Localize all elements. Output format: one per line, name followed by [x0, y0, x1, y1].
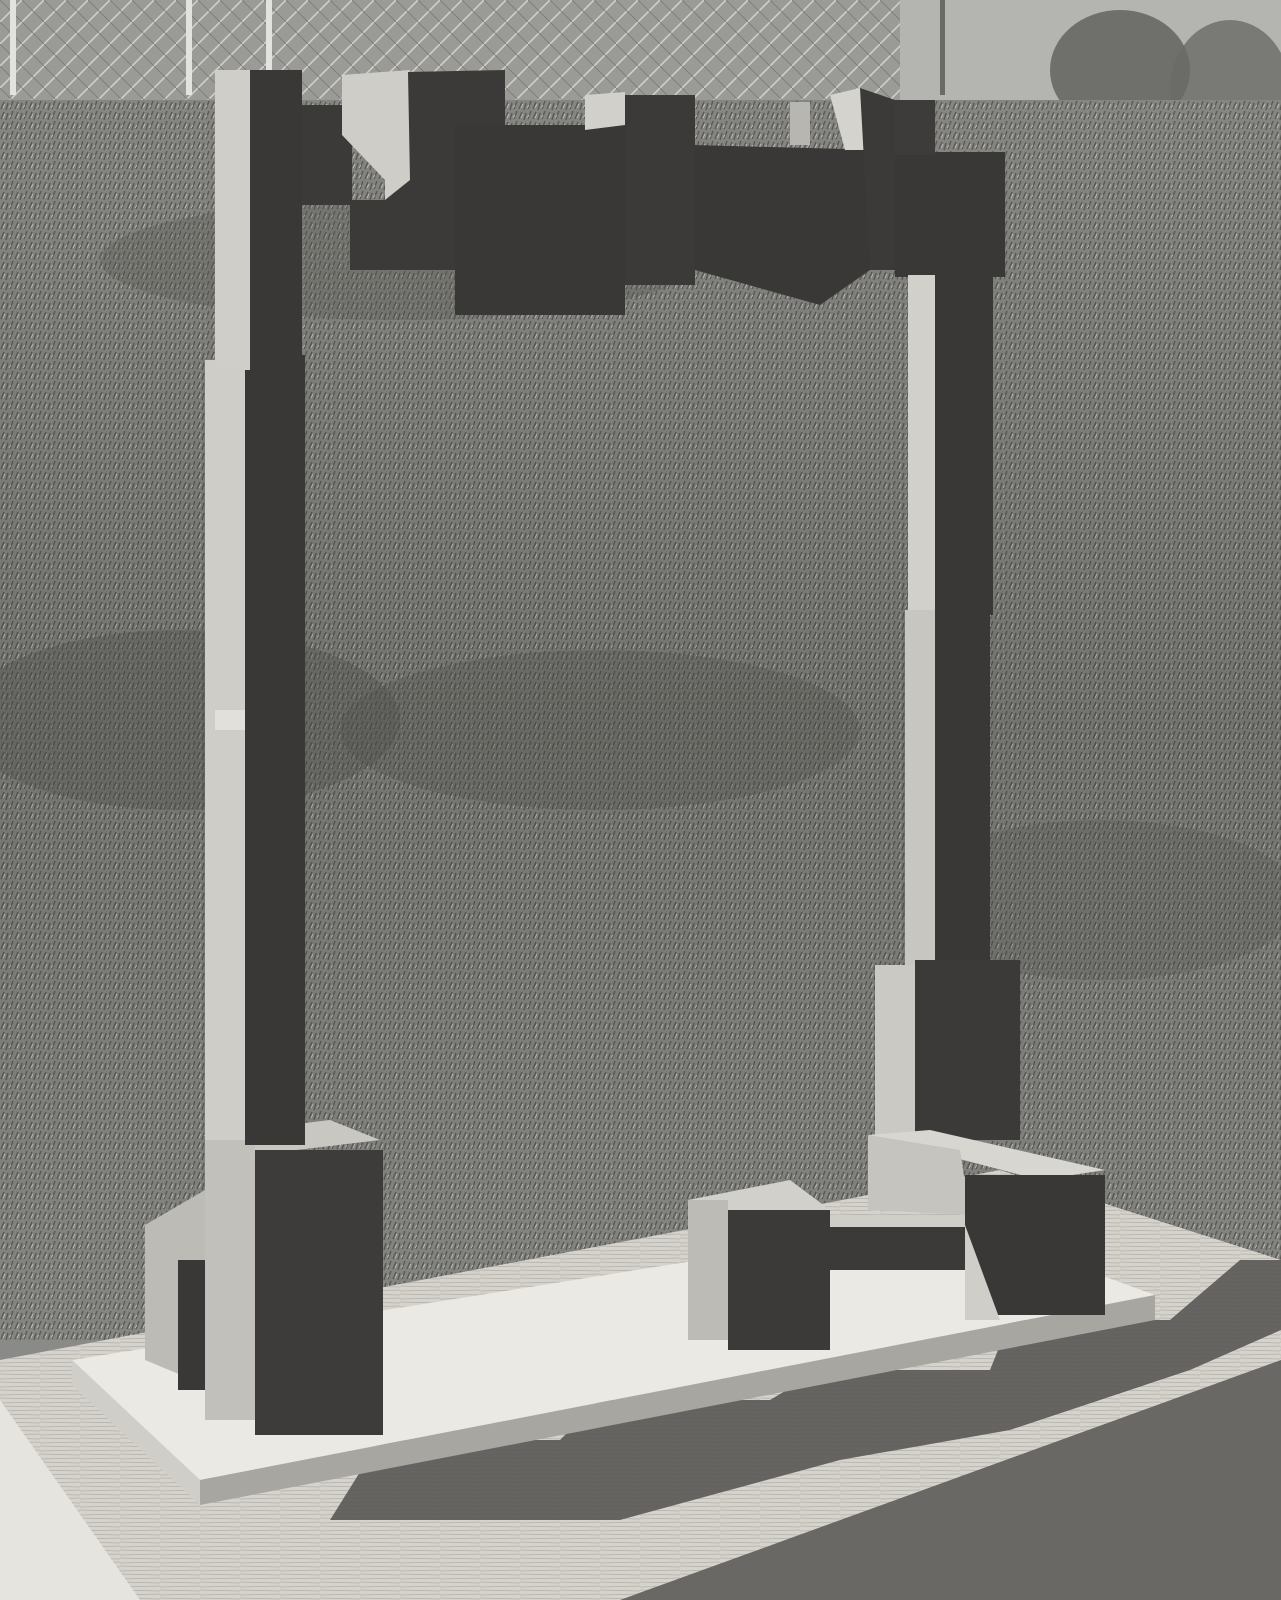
- center-cube-block: [688, 1180, 830, 1350]
- sculpture-photograph: [0, 0, 1281, 1600]
- grass-lawn: [0, 100, 1281, 1340]
- right-column: [905, 275, 993, 970]
- left-column: [205, 70, 305, 1145]
